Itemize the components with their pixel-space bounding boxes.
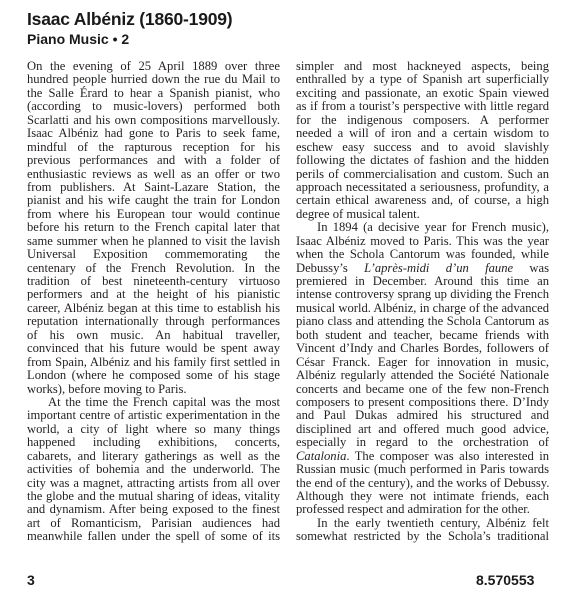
text-line: happened including exhibitions, concerts…	[27, 436, 280, 449]
text-line: exciting and passionate, an exotic Spain…	[296, 87, 549, 100]
text-line: the end of the century), and the works o…	[296, 477, 549, 490]
text-line: mindful of the rapturous reception for h…	[27, 141, 280, 154]
text-line: before his return to the French capital …	[27, 221, 280, 234]
text-line: perils of commercialisation and custom. …	[296, 168, 549, 181]
text-line: Catalonia. The composer was also interes…	[296, 450, 549, 463]
page-subtitle: Piano Music • 2	[27, 31, 129, 47]
text-line: from publishers. At Saint-Lazare Station…	[27, 181, 280, 194]
text-line: musical world. Albéniz, in charge of the…	[296, 302, 549, 315]
text-line: certain ethical awareness and, of course…	[296, 194, 549, 207]
text-line: composers to present compositions there.…	[296, 396, 549, 409]
text-line: art of Romanticism, Parisian audiences h…	[27, 517, 280, 530]
page-number: 3	[27, 572, 35, 588]
text-line: (according to music-lovers) performed bo…	[27, 100, 280, 113]
text-line: previous performances and with a folder …	[27, 154, 280, 167]
text-line: hundred people hurried down the rue du M…	[27, 73, 280, 86]
text-line: premiered in December. Around this time …	[296, 275, 549, 288]
text-line: city was a magnet, attracting artists fr…	[27, 477, 280, 490]
text-line: cabarets, and literary gatherings as wel…	[27, 450, 280, 463]
text-line: Vincent d’Indy and Charles Bordes, follo…	[296, 342, 549, 355]
text-line: Isaac Albéniz had gone to Paris to seek …	[27, 127, 280, 140]
text-line: reputation internationally through perfo…	[27, 315, 280, 328]
text-line: intense controversy sprang up dividing t…	[296, 288, 549, 301]
text-line: Russian music (much performed in Paris t…	[296, 463, 549, 476]
text-line: world, a city of light where so many thi…	[27, 423, 280, 436]
text-line: César Franck. Eager for innovation in mu…	[296, 356, 549, 369]
text-line: disciplined art and offered much good ad…	[296, 423, 549, 436]
text-line: Debussy’s L’après-midi d’un faune was	[296, 262, 549, 275]
text-line: the globe and the mutual sharing of idea…	[27, 490, 280, 503]
text-line: In the early twentieth century, Albéniz …	[296, 517, 549, 530]
catalogue-number: 8.570553	[476, 572, 534, 588]
text-line: At the time the French capital was the m…	[27, 396, 280, 409]
text-line: simpler and most hackneyed aspects, bein…	[296, 60, 549, 73]
text-line: eschew easy success and to avoid slavish…	[296, 141, 549, 154]
text-line: degree of musical talent.	[296, 208, 549, 221]
text-line: London (where he composed some of his st…	[27, 369, 280, 382]
text-line: both student and teacher, became friends…	[296, 329, 549, 342]
italic-title: L’après-midi d’un faune	[364, 261, 513, 275]
text-line: activities of bohemia and the underworld…	[27, 463, 280, 476]
text-line: pianist and his wife caught the train fo…	[27, 194, 280, 207]
text-column-right: simpler and most hackneyed aspects, bein…	[296, 60, 549, 544]
text-line: and Paul Dukas admired his structured an…	[296, 409, 549, 422]
text-line: especially in regard to the orchestratio…	[296, 436, 549, 449]
italic-title: Catalonia	[296, 449, 346, 463]
text-line: meanwhile fallen under the spell of some…	[27, 530, 280, 543]
text-line: enthralled by a type of Spanish art supe…	[296, 73, 549, 86]
text-line: convinced that his future would be spent…	[27, 342, 280, 355]
text-line: when the Schola Cantorum was founded, wh…	[296, 248, 549, 261]
text-line: for the indigenous composers. A performe…	[296, 114, 549, 127]
text-line: centenary of the French Revolution. In t…	[27, 262, 280, 275]
text-line: career, Albéniz began at this time to es…	[27, 302, 280, 315]
text-line: tradition of best nineteenth-century vir…	[27, 275, 280, 288]
text-line: Although they were not intimate friends,…	[296, 490, 549, 503]
text-line: Albéniz regularly attended the Société N…	[296, 369, 549, 382]
text-line: from Spain, Albéniz and his family first…	[27, 356, 280, 369]
text-column-left: On the evening of 25 April 1889 over thr…	[27, 60, 280, 544]
text-line: and dynamism. After being exposed to the…	[27, 503, 280, 516]
text-line: important centre of artistic experimenta…	[27, 409, 280, 422]
text-line: following the dictates of fashion and th…	[296, 154, 549, 167]
text-line: On the evening of 25 April 1889 over thr…	[27, 60, 280, 73]
text-line: from where his European tour would conti…	[27, 208, 280, 221]
text-line: concerts and became one of the few non-F…	[296, 383, 549, 396]
text-line: professed respect and admiration for the…	[296, 503, 549, 516]
text-line: of his own music. An habitual traveller,	[27, 329, 280, 342]
text-line: as if from a tourist’s perspective with …	[296, 100, 549, 113]
text-line: works), before moving to Paris.	[27, 383, 280, 396]
text-line: performers and at the height of his pian…	[27, 288, 280, 301]
text-line: somewhat restricted by the Schola’s trad…	[296, 530, 549, 543]
text-line: Scarlatti and his own compositions marve…	[27, 114, 280, 127]
text-line: needed a will of iron and a certain wisd…	[296, 127, 549, 140]
text-line: In 1894 (a decisive year for French musi…	[296, 221, 549, 234]
text-line: same summer when he planned to visit the…	[27, 235, 280, 248]
text-line: Universal Exposition commemorating the	[27, 248, 280, 261]
text-line: approach necessitated a seriousness, pro…	[296, 181, 549, 194]
text-line: the Salle Érard to hear a Spanish pianis…	[27, 87, 280, 100]
page-title: Isaac Albéniz (1860-1909)	[27, 9, 232, 30]
text-line: piano class and attending the Schola Can…	[296, 315, 549, 328]
text-line: Isaac Albéniz moved to Paris. This was t…	[296, 235, 549, 248]
text-line: enthusiastic reviews as well as an offer…	[27, 168, 280, 181]
